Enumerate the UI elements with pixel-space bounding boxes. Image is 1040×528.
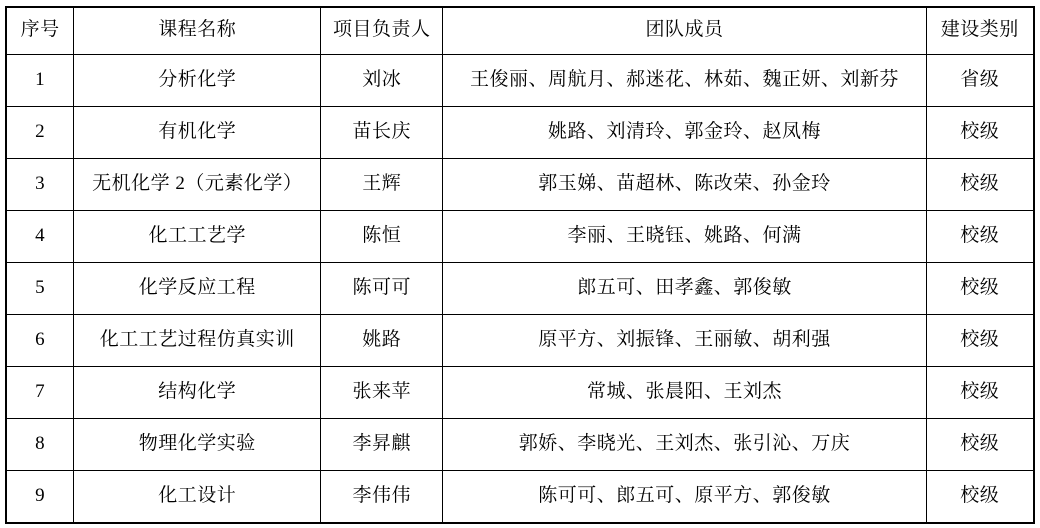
column-header-index: 序号 <box>6 7 74 54</box>
course-name-cell: 结构化学 <box>74 367 321 419</box>
team-members-cell: 姚路、刘清玲、郭金玲、赵凤梅 <box>443 106 926 158</box>
leader-cell: 姚路 <box>321 315 443 367</box>
table-row: 7 结构化学 张来苹 常城、张晨阳、王刘杰 校级 <box>6 367 1034 419</box>
leader-cell: 苗长庆 <box>321 106 443 158</box>
category-cell: 校级 <box>926 158 1034 210</box>
category-cell: 校级 <box>926 367 1034 419</box>
column-header-team: 团队成员 <box>443 7 926 54</box>
team-members-cell: 郭玉娣、苗超林、陈改荣、孙金玲 <box>443 158 926 210</box>
leader-cell: 张来苹 <box>321 367 443 419</box>
course-name-cell: 化工设计 <box>74 471 321 523</box>
table-row: 2 有机化学 苗长庆 姚路、刘清玲、郭金玲、赵凤梅 校级 <box>6 106 1034 158</box>
table-row: 8 物理化学实验 李昇麒 郭娇、李晓光、王刘杰、张引沁、万庆 校级 <box>6 419 1034 471</box>
column-header-category: 建设类别 <box>926 7 1034 54</box>
table-row: 6 化工工艺过程仿真实训 姚路 原平方、刘振锋、王丽敏、胡利强 校级 <box>6 315 1034 367</box>
category-cell: 省级 <box>926 54 1034 106</box>
row-number-cell: 1 <box>6 54 74 106</box>
row-number-cell: 6 <box>6 315 74 367</box>
row-number-cell: 7 <box>6 367 74 419</box>
table-row: 5 化学反应工程 陈可可 郎五可、田孝鑫、郭俊敏 校级 <box>6 262 1034 314</box>
team-members-cell: 郎五可、田孝鑫、郭俊敏 <box>443 262 926 314</box>
table-row: 4 化工工艺学 陈恒 李丽、王晓钰、姚路、何满 校级 <box>6 210 1034 262</box>
document-page: 序号 课程名称 项目负责人 团队成员 建设类别 1 分析化学 刘冰 王俊丽、周航… <box>0 0 1040 528</box>
category-cell: 校级 <box>926 419 1034 471</box>
row-number-cell: 4 <box>6 210 74 262</box>
course-name-cell: 分析化学 <box>74 54 321 106</box>
course-name-cell: 物理化学实验 <box>74 419 321 471</box>
leader-cell: 李昇麒 <box>321 419 443 471</box>
course-name-cell: 无机化学 2（元素化学） <box>74 158 321 210</box>
column-header-leader: 项目负责人 <box>321 7 443 54</box>
leader-cell: 刘冰 <box>321 54 443 106</box>
row-number-cell: 2 <box>6 106 74 158</box>
team-members-cell: 王俊丽、周航月、郝迷花、林茹、魏正妍、刘新芬 <box>443 54 926 106</box>
team-members-cell: 李丽、王晓钰、姚路、何满 <box>443 210 926 262</box>
leader-cell: 陈恒 <box>321 210 443 262</box>
category-cell: 校级 <box>926 262 1034 314</box>
team-members-cell: 陈可可、郎五可、原平方、郭俊敏 <box>443 471 926 523</box>
table-row: 1 分析化学 刘冰 王俊丽、周航月、郝迷花、林茹、魏正妍、刘新芬 省级 <box>6 54 1034 106</box>
course-team-table: 序号 课程名称 项目负责人 团队成员 建设类别 1 分析化学 刘冰 王俊丽、周航… <box>5 6 1035 524</box>
table-body: 1 分析化学 刘冰 王俊丽、周航月、郝迷花、林茹、魏正妍、刘新芬 省级 2 有机… <box>6 54 1034 523</box>
category-cell: 校级 <box>926 106 1034 158</box>
category-cell: 校级 <box>926 315 1034 367</box>
course-name-cell: 化学反应工程 <box>74 262 321 314</box>
leader-cell: 王辉 <box>321 158 443 210</box>
team-members-cell: 常城、张晨阳、王刘杰 <box>443 367 926 419</box>
row-number-cell: 3 <box>6 158 74 210</box>
table-row: 3 无机化学 2（元素化学） 王辉 郭玉娣、苗超林、陈改荣、孙金玲 校级 <box>6 158 1034 210</box>
course-name-cell: 化工工艺学 <box>74 210 321 262</box>
course-name-cell: 有机化学 <box>74 106 321 158</box>
leader-cell: 李伟伟 <box>321 471 443 523</box>
row-number-cell: 9 <box>6 471 74 523</box>
table-row: 9 化工设计 李伟伟 陈可可、郎五可、原平方、郭俊敏 校级 <box>6 471 1034 523</box>
team-members-cell: 郭娇、李晓光、王刘杰、张引沁、万庆 <box>443 419 926 471</box>
row-number-cell: 5 <box>6 262 74 314</box>
course-name-cell: 化工工艺过程仿真实训 <box>74 315 321 367</box>
leader-cell: 陈可可 <box>321 262 443 314</box>
category-cell: 校级 <box>926 210 1034 262</box>
row-number-cell: 8 <box>6 419 74 471</box>
table-header-row: 序号 课程名称 项目负责人 团队成员 建设类别 <box>6 7 1034 54</box>
column-header-course: 课程名称 <box>74 7 321 54</box>
category-cell: 校级 <box>926 471 1034 523</box>
team-members-cell: 原平方、刘振锋、王丽敏、胡利强 <box>443 315 926 367</box>
